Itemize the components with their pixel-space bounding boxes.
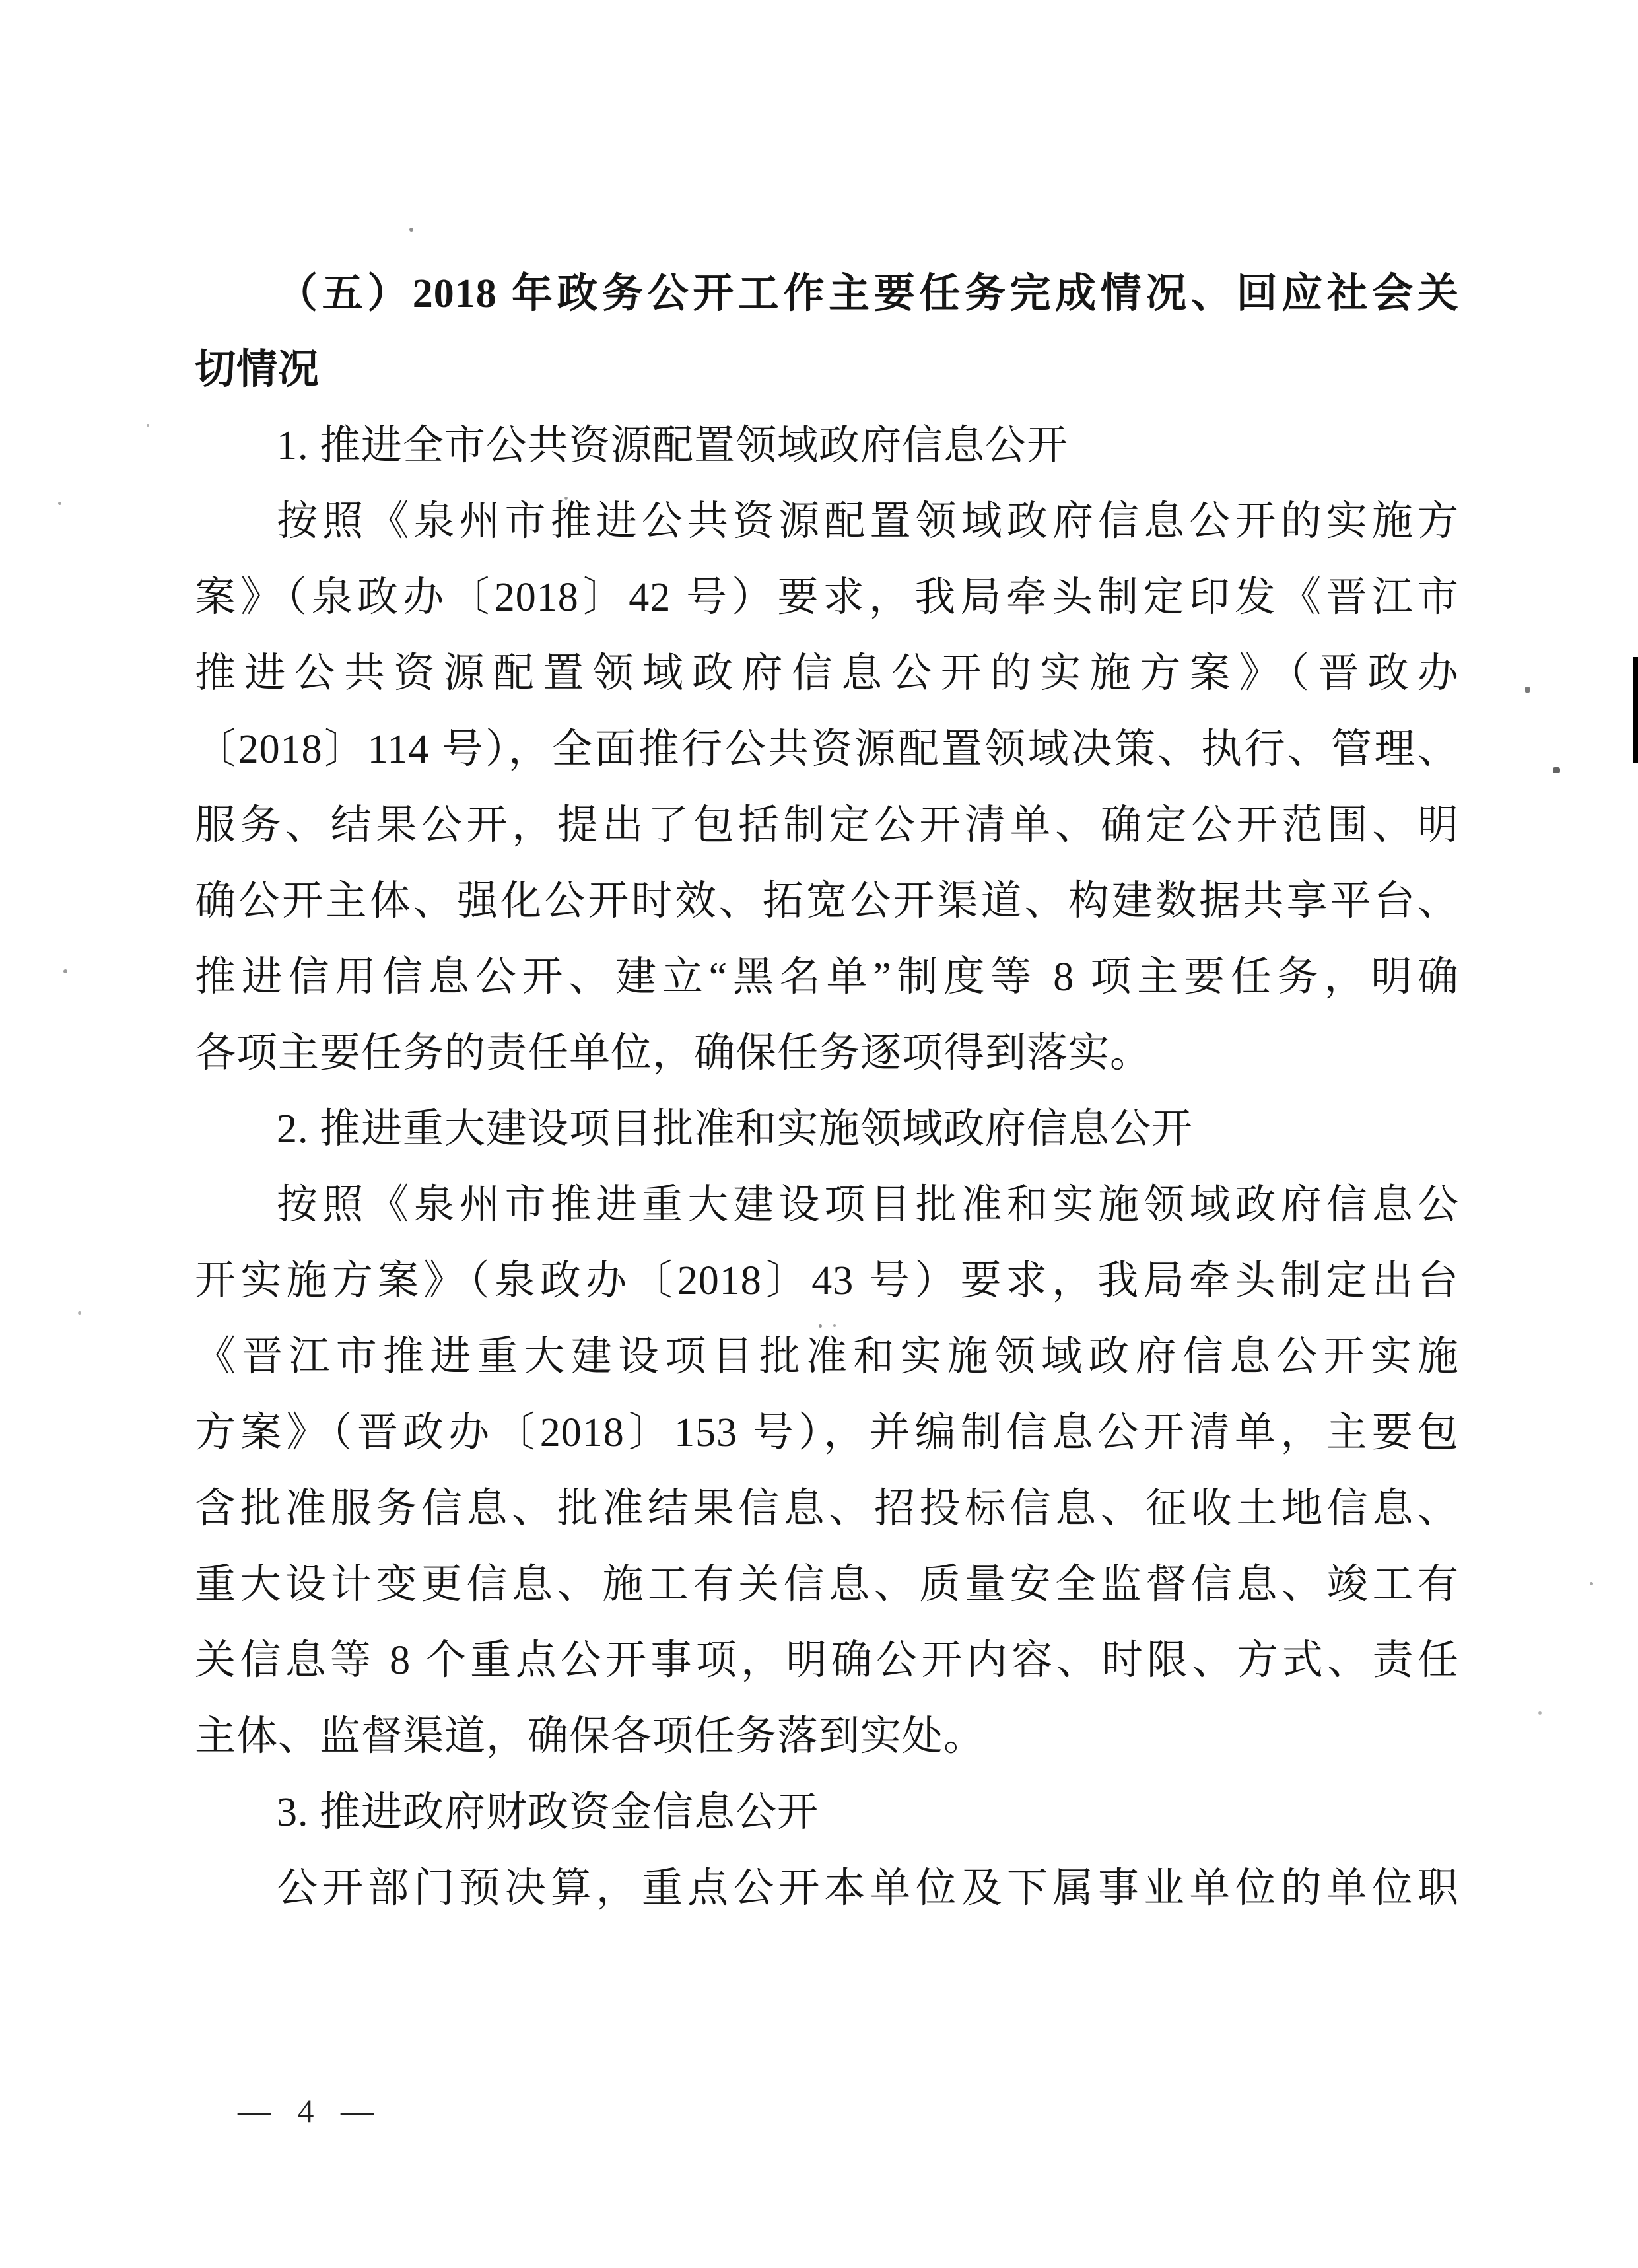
text-line: 3. 推进政府财政资金信息公开 <box>195 1775 1459 1851</box>
text-line: 含批准服务信息、批准结果信息、招投标信息、征收土地信息、 <box>195 1471 1459 1547</box>
text-line: 推进信用信息公开、建立“黑名单”制度等 8 项主要任务，明确 <box>195 940 1459 1015</box>
scan-speck <box>819 1324 822 1328</box>
text-line: 重大设计变更信息、施工有关信息、质量安全监督信息、竣工有 <box>195 1547 1459 1623</box>
text-line: 各项主要任务的责任单位，确保任务逐项得到落实。 <box>195 1015 1459 1091</box>
text-line: 推进公共资源配置领域政府信息公开的实施方案》（晋政办 <box>195 636 1459 712</box>
document-page: （五）2018 年政务公开工作主要任务完成情况、回应社会关切情况1. 推进全市公… <box>0 0 1638 2268</box>
text-line: 1. 推进全市公共资源配置领域政府信息公开 <box>195 408 1459 484</box>
text-line: 公开部门预决算，重点公开本单位及下属事业单位的单位职 <box>195 1851 1459 1927</box>
scan-edge-artifact <box>1633 657 1638 763</box>
text-line: 服务、结果公开，提出了包括制定公开清单、确定公开范围、明 <box>195 788 1459 864</box>
scan-speck <box>833 1324 836 1327</box>
text-line: 按照《泉州市推进公共资源配置领域政府信息公开的实施方 <box>195 484 1459 560</box>
page-number: — 4 — <box>238 2092 383 2130</box>
text-line: 《晋江市推进重大建设项目批准和实施领域政府信息公开实施 <box>195 1319 1459 1395</box>
scan-speck <box>564 497 568 500</box>
text-block: （五）2018 年政务公开工作主要任务完成情况、回应社会关切情况1. 推进全市公… <box>195 256 1459 1927</box>
scan-speck <box>409 228 413 232</box>
text-line: 〔2018〕114 号），全面推行公共资源配置领域决策、执行、管理、 <box>195 712 1459 788</box>
text-line: 开实施方案》（泉政办〔2018〕43 号）要求，我局牵头制定出台 <box>195 1243 1459 1319</box>
heading-line: （五）2018 年政务公开工作主要任务完成情况、回应社会关 <box>195 256 1459 332</box>
text-line: 确公开主体、强化公开时效、拓宽公开渠道、构建数据共享平台、 <box>195 864 1459 940</box>
scan-speck <box>147 424 149 427</box>
text-line: 按照《泉州市推进重大建设项目批准和实施领域政府信息公 <box>195 1167 1459 1243</box>
scan-speck <box>1553 767 1560 773</box>
heading-line: 切情况 <box>195 332 1459 408</box>
scan-speck <box>78 1311 81 1315</box>
scan-speck <box>1538 1711 1542 1715</box>
scan-speck <box>1590 1582 1593 1585</box>
scan-speck <box>58 502 61 505</box>
scan-speck <box>63 969 67 973</box>
text-line: 主体、监督渠道，确保各项任务落到实处。 <box>195 1699 1459 1775</box>
text-line: 2. 推进重大建设项目批准和实施领域政府信息公开 <box>195 1091 1459 1167</box>
scan-speck <box>1525 687 1530 693</box>
text-line: 案》（泉政办〔2018〕42 号）要求，我局牵头制定印发《晋江市 <box>195 560 1459 636</box>
text-line: 关信息等 8 个重点公开事项，明确公开内容、时限、方式、责任 <box>195 1623 1459 1699</box>
text-line: 方案》（晋政办〔2018〕153 号），并编制信息公开清单，主要包 <box>195 1395 1459 1471</box>
